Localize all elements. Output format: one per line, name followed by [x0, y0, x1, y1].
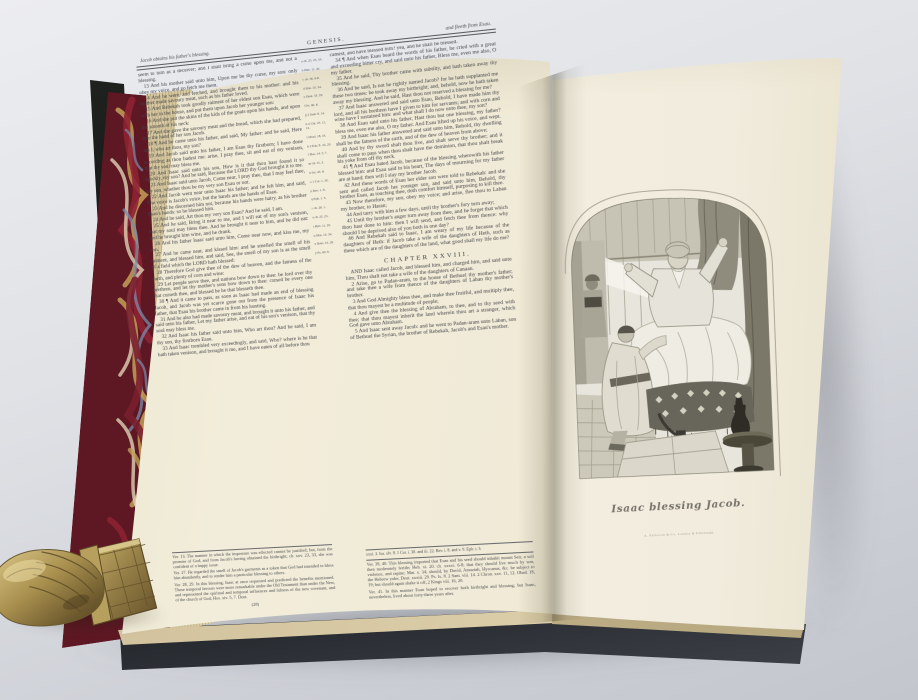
cross-reference: e Deut. 33. 29. — [304, 93, 329, 100]
cross-reference: x Deut. 33. 29. — [314, 240, 339, 246]
text-column-2: camest, and have blessed him? yea, and h… — [330, 36, 537, 602]
left-page-letterpress: Jacob obtains his father's blessing. GEN… — [128, 19, 547, 624]
engraving-isaac-blessing-jacob — [554, 177, 789, 494]
cross-reference: k 2 Kin. 8. 16, 20. — [307, 142, 332, 149]
cross-reference: o 1 Cor. 1. 30. — [310, 177, 335, 184]
cross-reference: d Mat. 10. 34. — [303, 84, 328, 91]
rebekah-figure — [570, 240, 610, 384]
verses-genesis-27-left: seem to him as a deceiver; and I shall b… — [138, 57, 318, 359]
cross-reference: q Eph. 1. 3. — [311, 195, 336, 201]
verses-genesis-27-right: camest, and have blessed him? yea, and h… — [330, 36, 511, 255]
cross-reference: r ch. 28. 1. — [312, 204, 337, 210]
text-columns: seem to him as a deceiver; and I shall b… — [129, 35, 546, 611]
cross-reference: n Isa. 45. 8. — [309, 168, 334, 175]
footnote-block-right: xxxi. 2. Isa. xlv. 8. 1 Cor. i. 30. and … — [365, 538, 536, 602]
product-photo-antique-bible: { "book": { "left_page": { "running_head… — [0, 0, 918, 700]
cross-reference: u Mat. 10. 34. — [314, 231, 339, 237]
plate-imprint: A. Fullarton & Co. London & Edinburgh. — [559, 526, 798, 541]
cross-reference: a ch. 25. 23, 33. — [301, 57, 326, 64]
cross-reference: h 2 Chr. 25. 11, 12. — [306, 119, 331, 130]
cross-reference: f Ps. 60. 8. — [304, 102, 329, 109]
plate-caption: Isaac blessing Jacob. — [558, 495, 797, 518]
cross-reference: c ch. 36. 6-8. — [302, 75, 327, 82]
cross-reference: b Heb. 11. 20. — [302, 66, 327, 73]
cross-reference: m ch. 31. 2. — [308, 160, 333, 167]
cross-reference: l Hos. 14. 5, 7. — [308, 151, 333, 158]
cross-reference: s ch. 25. 23. — [312, 213, 337, 219]
cross-reference: p Rev. 1. 8. — [310, 186, 335, 193]
engraved-plate — [554, 177, 789, 494]
cross-reference: i Obad. 18, 19. — [306, 133, 331, 140]
brass-hand-page-holder — [0, 531, 175, 667]
cross-reference: g 2 Sam. 8. 14. — [305, 111, 330, 118]
verses-genesis-28: AND Isaac called Jacob, and blessed him,… — [345, 257, 517, 342]
footnotes-right: Ver. 39, 40. This blessing imported that… — [366, 552, 536, 600]
footnote-block-left: Ver. 13. The manner in which the impostu… — [172, 541, 337, 611]
cross-reference: y Ps. 60. 8. — [315, 249, 340, 255]
footnotes-left: Ver. 13. The manner in which the impostu… — [172, 544, 336, 603]
cross-reference: t Heb. 11. 20. — [313, 222, 338, 228]
plate-page-content: Isaac blessing Jacob. A. Fullarton & Co.… — [541, 51, 850, 628]
